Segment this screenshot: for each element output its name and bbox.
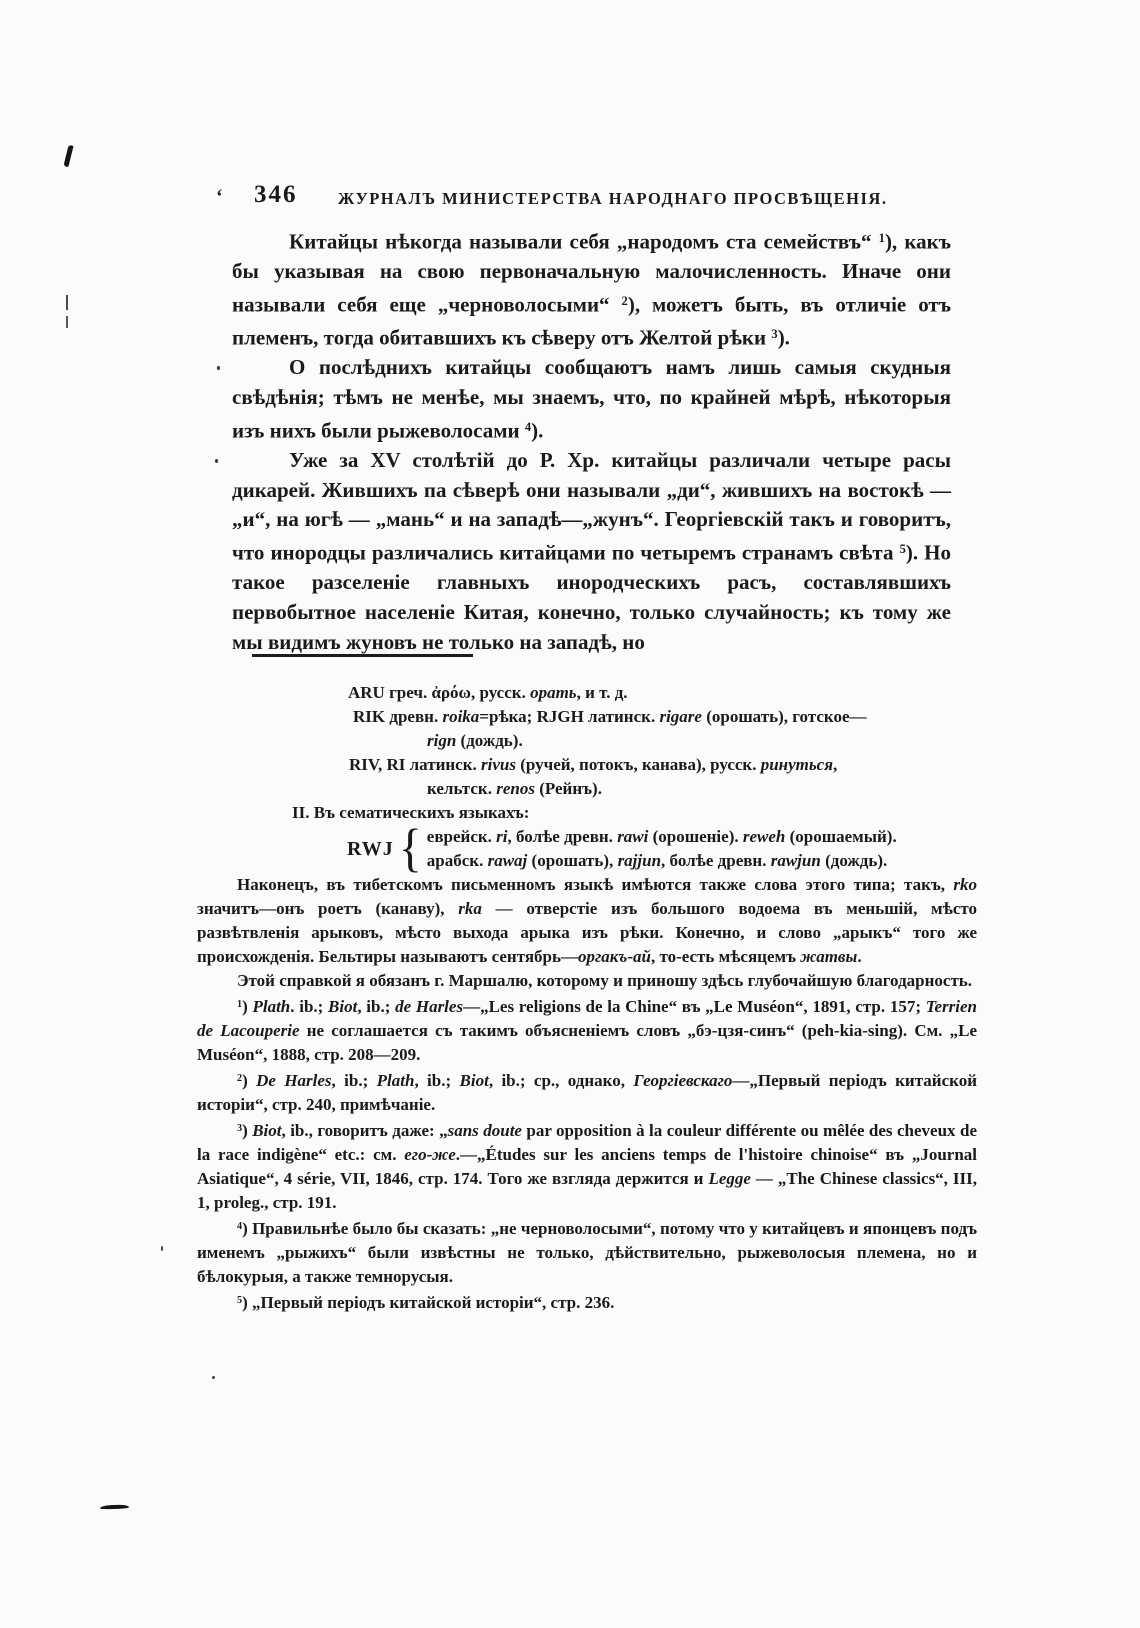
footnote-4: 4) Правильнѣе было бы сказать: „не черно… [197, 1215, 977, 1289]
text-run: (орошеніе). [648, 827, 743, 846]
page-number: 346 [254, 181, 298, 209]
rwj-label: RWJ [347, 837, 394, 861]
text-run: , ib.; [414, 1071, 459, 1090]
text-run: не соглашается съ такимъ объясненіемъ сл… [197, 1021, 977, 1064]
italic-text: rawi [617, 827, 648, 846]
rwj-line-arabic: арабск. rawaj (орошать), rajjun, болѣе д… [427, 849, 897, 873]
rwj-line-hebrew: еврейск. ri, болѣе древн. rawi (орошеніе… [427, 825, 897, 849]
rwj-lines: еврейск. ri, болѣе древн. rawi (орошеніе… [427, 825, 897, 873]
italic-text: rka [458, 899, 482, 918]
italic-text: rigare [659, 707, 702, 726]
margin-tick [66, 295, 68, 310]
text-run: RIV, RI латинск. [349, 755, 481, 774]
italic-text: ri [496, 827, 507, 846]
text-run: =рѣка; RJGH латинск. [479, 707, 659, 726]
ink-speck [212, 1376, 215, 1379]
italic-text: Георгіевскаго [633, 1071, 732, 1090]
pen-stroke-artifact [63, 145, 73, 168]
text-run: еврейск. [427, 827, 496, 846]
text-run: Этой справкой я обязанъ г. Маршалю, кото… [237, 971, 972, 990]
footnote-block: ARU греч. ἀρόω, русск. орать, и т. д. RI… [197, 681, 977, 1315]
text-run: ) [242, 1071, 256, 1090]
text-run: ). [531, 418, 543, 442]
footnote-paragraph-thanks: Этой справкой я обязанъ г. Маршалю, кото… [197, 969, 977, 993]
text-run: (орошать), [527, 851, 617, 870]
body-paragraph-3: Уже за XV столѣтій до Р. Хр. китайцы раз… [232, 446, 951, 658]
italic-text: Plath [252, 997, 290, 1016]
text-run: , болѣе древн. [661, 851, 771, 870]
text-run: кельтск. [427, 779, 496, 798]
text-run: ) „Первый періодъ китайской исторіи“, ст… [242, 1293, 614, 1312]
text-run: (орошать), готское— [702, 707, 867, 726]
italic-text: Biot [460, 1071, 489, 1090]
text-run: ARU греч. ἀρόω, русск. [348, 683, 530, 702]
ink-speck-comma: ‘ [216, 186, 223, 209]
text-run: , [833, 755, 837, 774]
text-run: (ручей, потокъ, канава), русск. [516, 755, 761, 774]
scanned-book-page: ‘ 346 ЖУРНАЛЪ МИНИСТЕРСТВА НАРОДНАГО ПРО… [0, 0, 1140, 1628]
footnote-2: 2) De Harles, ib.; Plath, ib.; Biot, ib.… [197, 1067, 977, 1117]
text-run: О послѣднихъ китайцы сообщаютъ намъ лишь… [232, 355, 951, 442]
running-head-title: ЖУРНАЛЪ МИНИСТЕРСТВА НАРОДНАГО ПРОСВѢЩЕН… [338, 189, 842, 209]
italic-text: sans doute [448, 1121, 522, 1140]
ink-speck [215, 459, 218, 463]
text-run: , и т. д. [577, 683, 628, 702]
italic-text: Legge [708, 1169, 750, 1188]
brace-glyph: { [399, 823, 422, 876]
text-run: (дождь). [456, 731, 522, 750]
text-run: Уже за XV столѣтій до Р. Хр. китайцы раз… [232, 448, 951, 565]
text-run: , ib.; [357, 997, 395, 1016]
italic-text: renos [496, 779, 535, 798]
ink-dash-artifact [100, 1504, 129, 1509]
italic-text: reweh [743, 827, 786, 846]
text-run: значитъ—онъ роетъ (канаву), [197, 899, 458, 918]
italic-text: de Harles [395, 997, 463, 1016]
rwj-gloss-entry: RWJ { еврейск. ri, болѣе древн. rawi (ор… [347, 825, 977, 873]
text-run: . ib.; [290, 997, 328, 1016]
text-run: ) Правильнѣе было бы сказать: „не чернов… [197, 1219, 977, 1286]
gloss-line-rign: rign (дождь). [427, 729, 977, 753]
italic-text: De Harles [256, 1071, 331, 1090]
text-run: Китайцы нѣкогда называли себя „народомъ … [289, 229, 879, 253]
footnote-5: 5) „Первый періодъ китайской исторіи“, с… [197, 1289, 977, 1315]
gloss-line-rik: RIK древн. roika=рѣка; RJGH латинск. rig… [353, 705, 977, 729]
semitic-languages-heading: II. Въ сематическихъ языкахъ: [292, 801, 977, 825]
main-text-block: Китайцы нѣкогда называли себя „народомъ … [232, 224, 951, 658]
text-run: , ib., говоритъ даже: „ [282, 1121, 448, 1140]
text-run: (орошаемый). [785, 827, 896, 846]
gloss-line-aru: ARU греч. ἀρόω, русск. орать, и т. д. [348, 681, 977, 705]
footnote-paragraph-tibetan: Наконецъ, въ тибетскомъ письменномъ язык… [197, 873, 977, 969]
italic-text: его-же [404, 1145, 456, 1164]
italic-text: Biot [328, 997, 357, 1016]
text-run: —„Les religions de la Chine“ въ „Le Musé… [463, 997, 926, 1016]
body-paragraph-1: Китайцы нѣкогда называли себя „народомъ … [232, 224, 951, 353]
text-run: ). [778, 325, 790, 349]
italic-text: оргакъ-ай [578, 947, 651, 966]
gloss-line-riv: RIV, RI латинск. rivus (ручей, потокъ, к… [349, 753, 977, 777]
italic-text: ринуться [761, 755, 833, 774]
italic-text: rign [427, 731, 456, 750]
italic-text: roika [442, 707, 479, 726]
footnote-separator-rule [252, 654, 473, 657]
text-run: , болѣе древн. [508, 827, 618, 846]
text-run: , ib.; ср., однако, [489, 1071, 634, 1090]
italic-text: орать [530, 683, 577, 702]
text-run: , то-есть мѣсяцемъ [651, 947, 800, 966]
margin-tick [66, 316, 68, 328]
text-run: RIK древн. [353, 707, 442, 726]
text-run: ) [242, 997, 252, 1016]
footnote-1: 1) Plath. ib.; Biot, ib.; de Harles—„Les… [197, 993, 977, 1067]
gloss-line-renos: кельтск. renos (Рейнъ). [427, 777, 977, 801]
text-run: , ib.; [332, 1071, 377, 1090]
footnote-3: 3) Biot, ib., говоритъ даже: „sans doute… [197, 1117, 977, 1215]
italic-text: rawjun [771, 851, 821, 870]
ink-speck [217, 366, 220, 370]
text-run: ) [242, 1121, 252, 1140]
italic-text: Biot [252, 1121, 281, 1140]
text-run: (дождь). [821, 851, 887, 870]
text-run: . [857, 947, 861, 966]
italic-text: rivus [481, 755, 516, 774]
text-run: Наконецъ, въ тибетскомъ письменномъ язык… [237, 875, 953, 894]
italic-text: rawaj [488, 851, 528, 870]
text-run: арабск. [427, 851, 488, 870]
body-paragraph-2: О послѣднихъ китайцы сообщаютъ намъ лишь… [232, 353, 951, 446]
italic-text: rko [953, 875, 977, 894]
text-run: (Рейнъ). [535, 779, 602, 798]
italic-text: жатвы [800, 947, 857, 966]
ink-speck [161, 1246, 163, 1251]
italic-text: rajjun [618, 851, 661, 870]
italic-text: Plath [377, 1071, 415, 1090]
